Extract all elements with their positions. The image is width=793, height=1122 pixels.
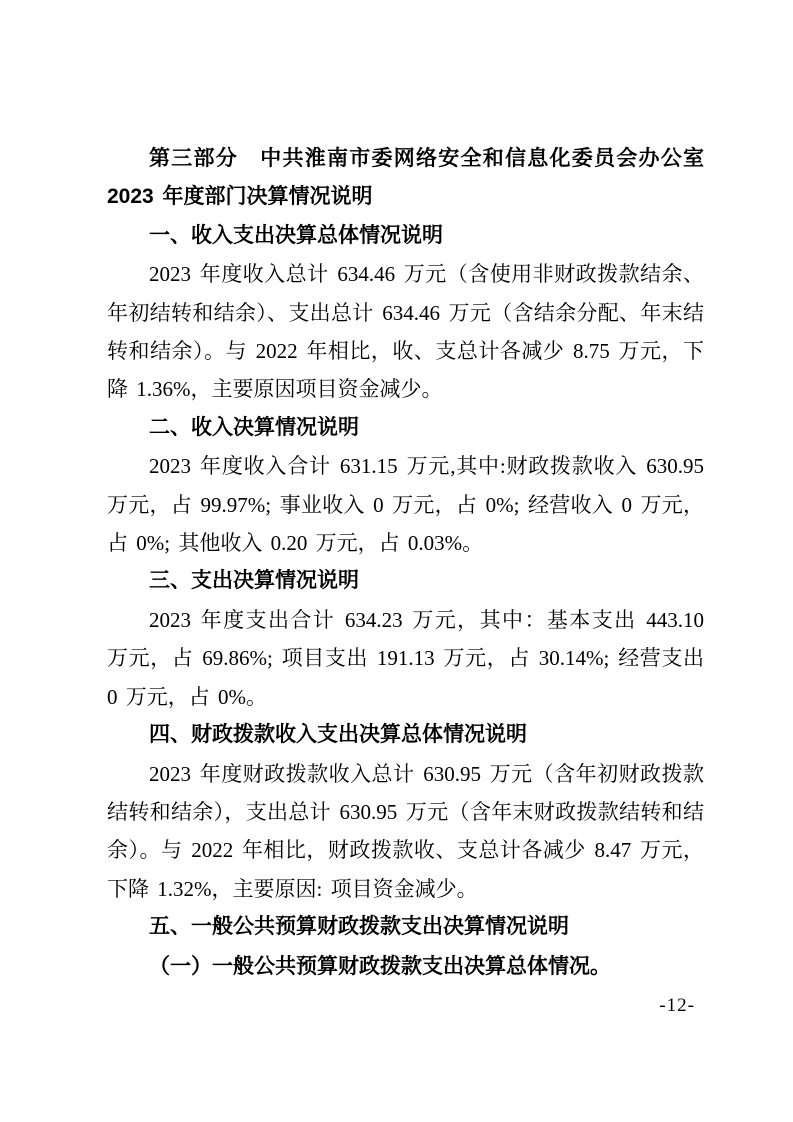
heading-expense-detail: 三、支出决算情况说明 [107,562,704,600]
para-income-detail: 2023 年度收入合计 631.15 万元,其中:财政拨款收入 630.95 万… [107,447,704,562]
heading-income-expense-total: 一、收入支出决算总体情况说明 [107,217,704,255]
para-expense-detail: 2023 年度支出合计 634.23 万元，其中：基本支出 443.10 万元，… [107,601,704,716]
para-fiscal-appropriation: 2023 年度财政拨款收入总计 630.95 万元（含年初财政拨款结转和结余），… [107,755,704,909]
heading-fiscal-appropriation: 四、财政拨款收入支出决算总体情况说明 [107,716,704,754]
heading-income-detail: 二、收入决算情况说明 [107,409,704,447]
para-income-expense-total: 2023 年度收入总计 634.46 万元（含使用非财政拨款结余、年初结转和结余… [107,255,704,409]
document-page: 第三部分 中共淮南市委网络安全和信息化委员会办公室2023 年度部门决算情况说明… [0,0,793,1122]
section-title: 第三部分 中共淮南市委网络安全和信息化委员会办公室2023 年度部门决算情况说明 [107,140,704,217]
document-body: 第三部分 中共淮南市委网络安全和信息化委员会办公室2023 年度部门决算情况说明… [107,140,704,985]
subheading-public-budget-overview: （一）一般公共预算财政拨款支出决算总体情况。 [107,947,704,985]
heading-public-budget-expense: 五、一般公共预算财政拨款支出决算情况说明 [107,908,704,946]
page-number: -12- [659,995,695,1017]
